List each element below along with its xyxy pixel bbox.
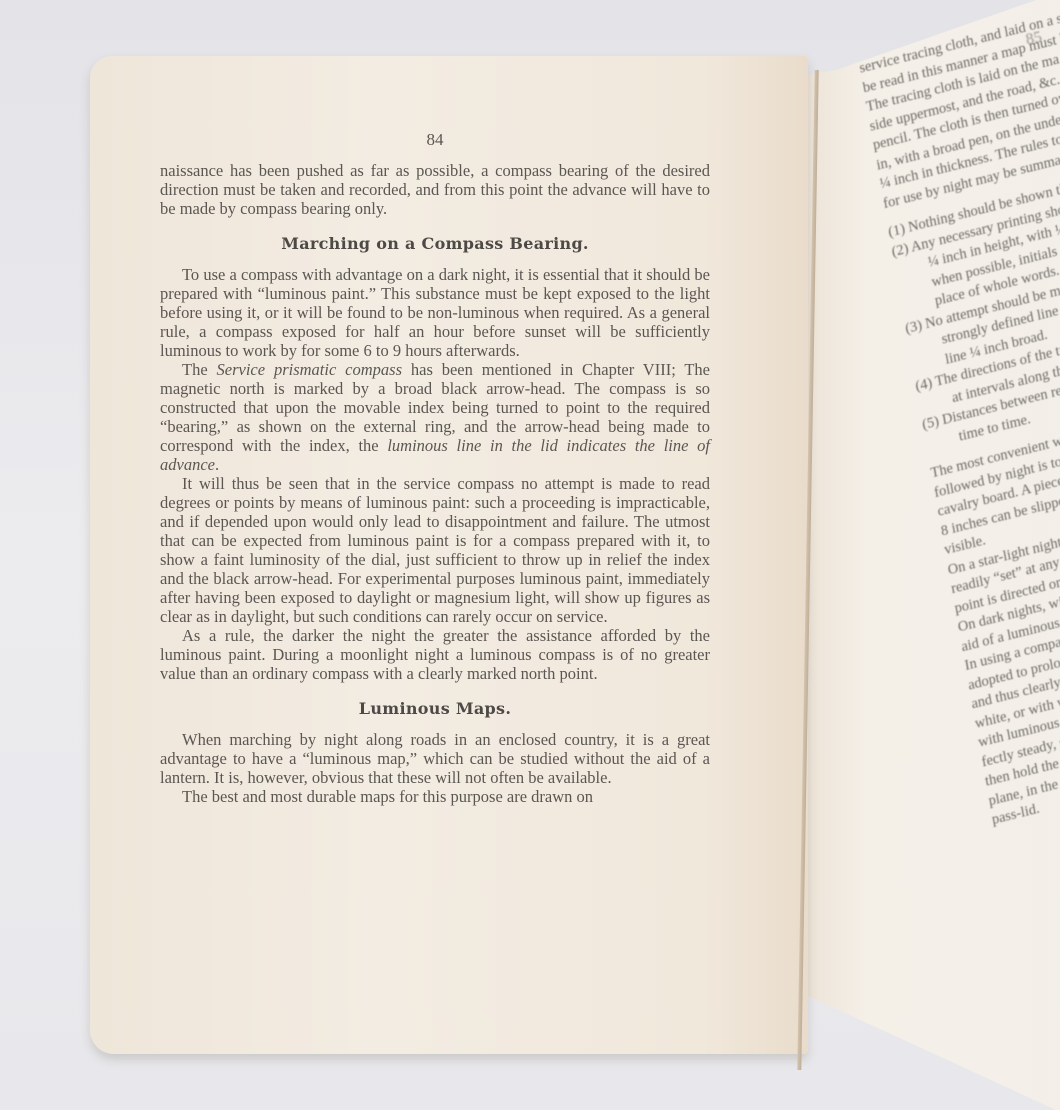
paragraph: The best and most durable maps for this …	[160, 787, 710, 806]
intro-paragraph: naissance has been pushed as far as poss…	[160, 161, 710, 218]
paragraph: It will thus be seen that in the service…	[160, 474, 710, 626]
paragraph: The Service prismatic compass has been m…	[160, 360, 710, 474]
section-heading-compass-bearing: Marching on a Compass Bearing.	[160, 234, 710, 253]
paragraph: As a rule, the darker the night the grea…	[160, 626, 710, 683]
paragraph: To use a compass with advantage on a dar…	[160, 265, 710, 360]
left-page-text: 84 naissance has been pushed as far as p…	[160, 130, 710, 806]
section-heading-luminous-maps: Luminous Maps.	[160, 699, 710, 718]
left-page-number: 84	[160, 130, 710, 149]
paragraph: When marching by night along roads in an…	[160, 730, 710, 787]
